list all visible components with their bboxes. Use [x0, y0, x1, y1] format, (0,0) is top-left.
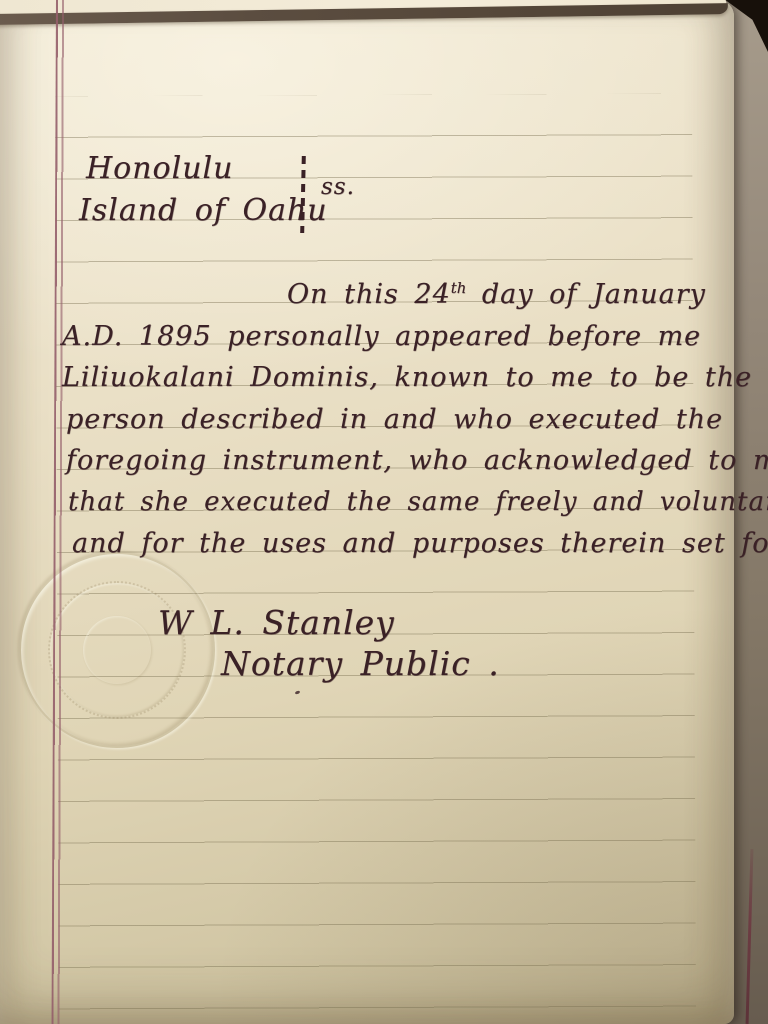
ledger-page: Honolulu Island of Oahu ss. On this 24th…	[0, 0, 734, 1024]
venue-city-line: Honolulu	[86, 154, 233, 184]
body-line-4: person described in and who executed the	[66, 406, 723, 433]
body-line-1-ordinal: th	[451, 279, 467, 297]
ledger-photo: Honolulu Island of Oahu ss. On this 24th…	[0, 0, 768, 1024]
signature-name: W L. Stanley	[158, 606, 395, 639]
body-line-7: and for the uses and purposes therein se…	[72, 530, 768, 557]
venue-island-line: Island of Oahu	[79, 196, 328, 226]
body-line-6: that she executed the same freely and vo…	[68, 489, 768, 515]
seal-center	[83, 616, 151, 684]
body-line-1: On this 24th day of January	[287, 281, 706, 308]
body-line-1-post: day of January	[466, 279, 706, 310]
notary-embossed-seal-icon	[19, 552, 215, 748]
page-stack-edge-line	[746, 849, 754, 1024]
body-line-5: foregoing instrument, who acknowledged t…	[66, 447, 768, 474]
body-line-1-pre: On this 24	[287, 279, 451, 310]
notary-title: Notary Public .	[221, 647, 500, 680]
ss-notation: ss.	[321, 176, 355, 199]
body-line-2: A.D. 1895 personally appeared before me	[62, 323, 701, 350]
body-line-3: Liliuokalani Dominis, known to me to be …	[62, 364, 752, 391]
